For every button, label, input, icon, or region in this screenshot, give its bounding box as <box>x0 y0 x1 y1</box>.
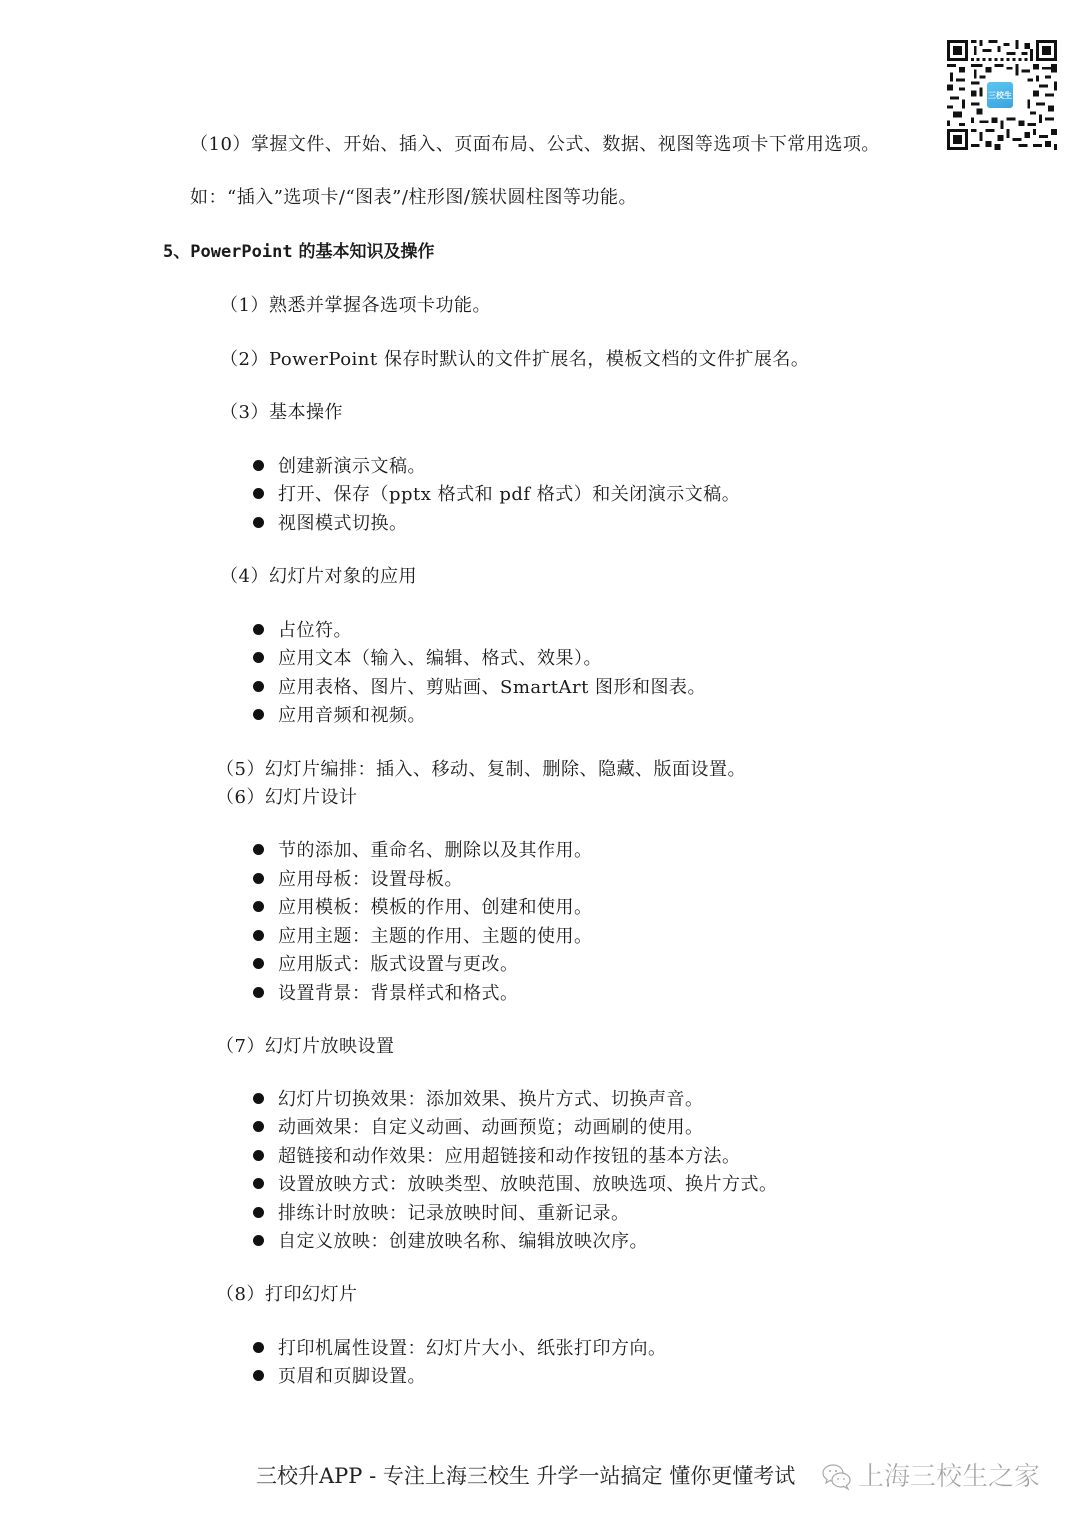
list-item: 节的添加、重命名、删除以及其作用。 <box>253 840 593 862</box>
bullet-icon <box>253 1342 264 1353</box>
bullet-icon <box>253 958 264 969</box>
list-item: 应用音频和视频。 <box>253 705 426 727</box>
page-footer: 三校升APP - 专注上海三校生 升学一站搞定 懂你更懂考试 <box>256 1463 795 1489</box>
app-logo: 三校生 <box>985 80 1015 110</box>
list-item: 打印机属性设置：幻灯片大小、纸张打印方向。 <box>253 1338 667 1360</box>
item-8-heading: （8）打印幻灯片 <box>216 1284 357 1306</box>
bullet-icon <box>253 652 264 663</box>
bullet-icon <box>253 901 264 912</box>
list-item: 视图模式切换。 <box>253 513 408 535</box>
list-item: 打开、保存（pptx 格式和 pdf 格式）和关闭演示文稿。 <box>253 484 740 506</box>
bullet-icon <box>253 709 264 720</box>
list-item: 自定义放映：创建放映名称、编辑放映次序。 <box>253 1231 648 1253</box>
section-5-heading: 5、PowerPoint 的基本知识及操作 <box>163 241 435 263</box>
bullet-icon <box>253 987 264 998</box>
bullet-icon <box>253 844 264 855</box>
list-item: 应用文本（输入、编辑、格式、效果）。 <box>253 648 602 670</box>
list-item: 超链接和动作效果：应用超链接和动作按钮的基本方法。 <box>253 1146 741 1168</box>
bullet-icon <box>253 624 264 635</box>
bullet-icon <box>253 1150 264 1161</box>
qr-code: 三校生 <box>946 40 1058 150</box>
bullet-icon <box>253 930 264 941</box>
item-3-heading: （3）基本操作 <box>220 402 343 424</box>
list-item: 设置放映方式：放映类型、放映范围、放映选项、换片方式。 <box>253 1174 778 1196</box>
list-item: 创建新演示文稿。 <box>253 456 426 478</box>
bullet-icon <box>253 1121 264 1132</box>
bullet-icon <box>253 517 264 528</box>
list-item: 设置背景：背景样式和格式。 <box>253 983 519 1005</box>
list-item: 应用模板：模板的作用、创建和使用。 <box>253 897 593 919</box>
item-10-text: （10）掌握文件、开始、插入、页面布局、公式、数据、视图等选项卡下常用选项。 <box>190 134 880 156</box>
bullet-icon <box>253 460 264 471</box>
item-5-text: （5）幻灯片编排：插入、移动、复制、删除、隐藏、版面设置。 <box>216 759 746 781</box>
bullet-icon <box>253 1235 264 1246</box>
list-item: 应用表格、图片、剪贴画、SmartArt 图形和图表。 <box>253 677 706 699</box>
list-item: 占位符。 <box>253 620 352 642</box>
list-item: 页眉和页脚设置。 <box>253 1366 426 1388</box>
bullet-icon <box>253 488 264 499</box>
bullet-icon <box>253 1370 264 1381</box>
wechat-icon <box>822 1463 852 1491</box>
list-item: 幻灯片切换效果：添加效果、换片方式、切换声音。 <box>253 1089 704 1111</box>
list-item: 应用母板：设置母板。 <box>253 869 463 891</box>
bullet-icon <box>253 873 264 884</box>
list-item: 排练计时放映：记录放映时间、重新记录。 <box>253 1203 630 1225</box>
item-1-text: （1）熟悉并掌握各选项卡功能。 <box>220 295 491 317</box>
list-item: 应用主题：主题的作用、主题的使用。 <box>253 926 593 948</box>
item-2-text: （2）PowerPoint 保存时默认的文件扩展名，模板文档的文件扩展名。 <box>220 349 809 371</box>
bullet-icon <box>253 1093 264 1104</box>
list-item: 应用版式：版式设置与更改。 <box>253 954 519 976</box>
item-4-heading: （4）幻灯片对象的应用 <box>220 566 417 588</box>
bullet-icon <box>253 1178 264 1189</box>
wechat-watermark: 上海三校生之家 <box>822 1462 1040 1492</box>
example-text: 如：“插入”选项卡/“图表”/柱形图/簇状圆柱图等功能。 <box>190 187 637 209</box>
item-7-heading: （7）幻灯片放映设置 <box>216 1036 394 1058</box>
list-item: 动画效果：自定义动画、动画预览；动画刷的使用。 <box>253 1117 704 1139</box>
bullet-icon <box>253 681 264 692</box>
bullet-icon <box>253 1207 264 1218</box>
item-6-heading: （6）幻灯片设计 <box>216 787 357 809</box>
